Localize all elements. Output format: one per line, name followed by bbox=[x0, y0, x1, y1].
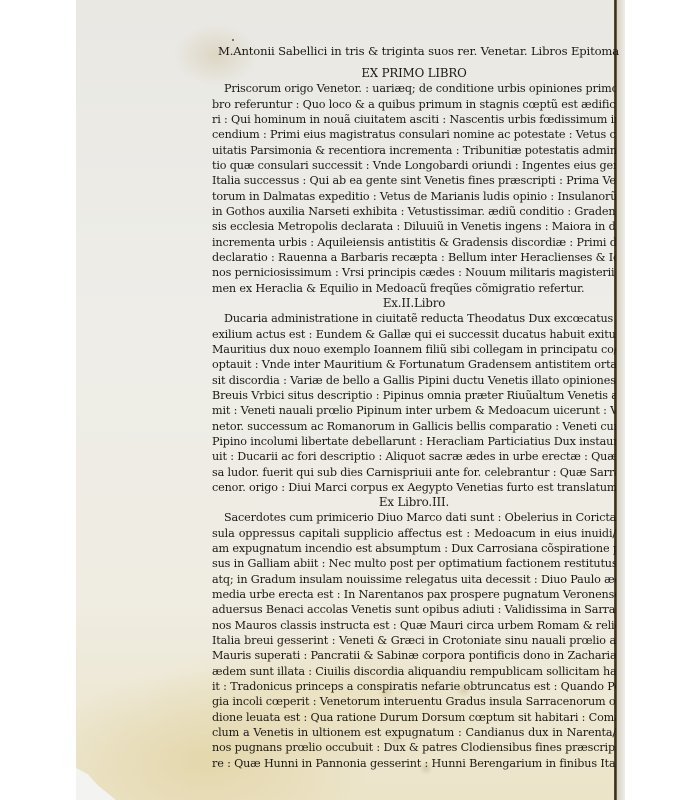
text-line: sus in Galliam abiit : Nec multo post pe… bbox=[212, 556, 616, 571]
ink-speck bbox=[232, 39, 234, 41]
text-line: sis ecclesia Metropolis declarata : Dilu… bbox=[212, 219, 616, 234]
text-line: re : Quæ Hunni in Pannonia gesserint : H… bbox=[212, 756, 616, 771]
section-heading-liber-3: Ex Libro.III. bbox=[212, 495, 616, 510]
text-line: cenor. origo : Diui Marci corpus ex Aegy… bbox=[212, 480, 616, 495]
text-line: sula oppressus capitali supplicio affect… bbox=[212, 526, 616, 541]
text-line: Mauris superati : Pancratii & Sabinæ cor… bbox=[212, 648, 616, 663]
text-line: nos Mauros classis instructa est : Quæ M… bbox=[212, 618, 616, 633]
text-line: Priscorum origo Venetor. : uariæq; de co… bbox=[212, 81, 616, 96]
text-line: uitatis Parsimonia & recentiora incremen… bbox=[212, 143, 616, 158]
text-line: Breuis Vrbici situs descriptio : Pipinus… bbox=[212, 388, 616, 403]
text-line: Ducaria administratione in ciuitatẽ redu… bbox=[212, 311, 616, 326]
text-line: it : Tradonicus princeps a conspiratis n… bbox=[212, 679, 616, 694]
text-line: sa ludor. fuerit qui sub dies Carnispriu… bbox=[212, 465, 616, 480]
text-line: sit discordia : Variæ de bello a Gallis … bbox=[212, 373, 616, 388]
text-line: Italia successus : Qui ab ea gente sint … bbox=[212, 173, 616, 188]
text-line: exilium actus est : Eundem & Gallæ qui e… bbox=[212, 327, 616, 342]
text-line: mit : Veneti nauali prœlio Pipinum inter… bbox=[212, 403, 616, 418]
text-line: netor. successum ac Romanorum in Gallici… bbox=[212, 419, 616, 434]
text-line: optauit : Vnde inter Mauritium & Fortuna… bbox=[212, 357, 616, 372]
text-line: incrementa urbis : Aquileiensis antistit… bbox=[212, 235, 616, 250]
text-line: cendium : Primi eius magistratus consula… bbox=[212, 127, 616, 142]
text-line: media urbe erecta est : In Narentanos pa… bbox=[212, 587, 616, 602]
text-line: Mauritius dux nouo exemplo Ioannem filiũ… bbox=[212, 342, 616, 357]
text-line: bro referuntur : Quo loco & a quibus pri… bbox=[212, 97, 616, 112]
text-line: Italia breui gesserint : Veneti & Græci … bbox=[212, 633, 616, 648]
text-line: gia incoli cœperit : Venetorum interuent… bbox=[212, 694, 616, 709]
text-line: dione leuata est : Qua ratione Durum Dor… bbox=[212, 710, 616, 725]
text-line: aduersus Benaci accolas Venetis sunt opi… bbox=[212, 602, 616, 617]
text-line: clum a Venetis in ultionem est expugnatu… bbox=[212, 725, 616, 740]
text-line: nos perniciosissimum : Vrsi principis cæ… bbox=[212, 265, 616, 280]
section-heading-liber-2: Ex.II.Libro bbox=[212, 296, 616, 311]
section-heading-liber-1: EX PRIMO LIBRO bbox=[212, 66, 616, 81]
text-line: Pipino incolumi libertate debellarunt : … bbox=[212, 434, 616, 449]
text-line: nos pugnans prœlio occubuit : Dux & patr… bbox=[212, 740, 616, 755]
text-line: in Gothos auxilia Narseti exhibita : Vet… bbox=[212, 204, 616, 219]
next-page-edge bbox=[617, 0, 625, 800]
text-line: uit : Ducarii ac fori descriptio : Aliqu… bbox=[212, 449, 616, 464]
text-line: atq; in Gradum insulam nouissime relegat… bbox=[212, 572, 616, 587]
text-line: declaratio : Rauenna a Barbaris recæpta … bbox=[212, 250, 616, 265]
text-line: ri : Qui hominum in nouã ciuitatem ascit… bbox=[212, 112, 616, 127]
text-line: Sacerdotes cum primicerio Diuo Marco dat… bbox=[212, 510, 616, 525]
text-line: am expugnatum incendio est absumptum : D… bbox=[212, 541, 616, 556]
text-line: torum in Dalmatas expeditio : Vetus de M… bbox=[212, 189, 616, 204]
text-line: tio quæ consulari successit : Vnde Longo… bbox=[212, 158, 616, 173]
text-line: ædem sunt illata : Ciuilis discordia ali… bbox=[212, 664, 616, 679]
printed-text-block: M.Antonii Sabellici in tris & triginta s… bbox=[212, 44, 616, 771]
running-head: M.Antonii Sabellici in tris & triginta s… bbox=[218, 44, 616, 59]
text-line: men ex Heraclia & Equilio in Medoacũ fre… bbox=[212, 281, 616, 296]
